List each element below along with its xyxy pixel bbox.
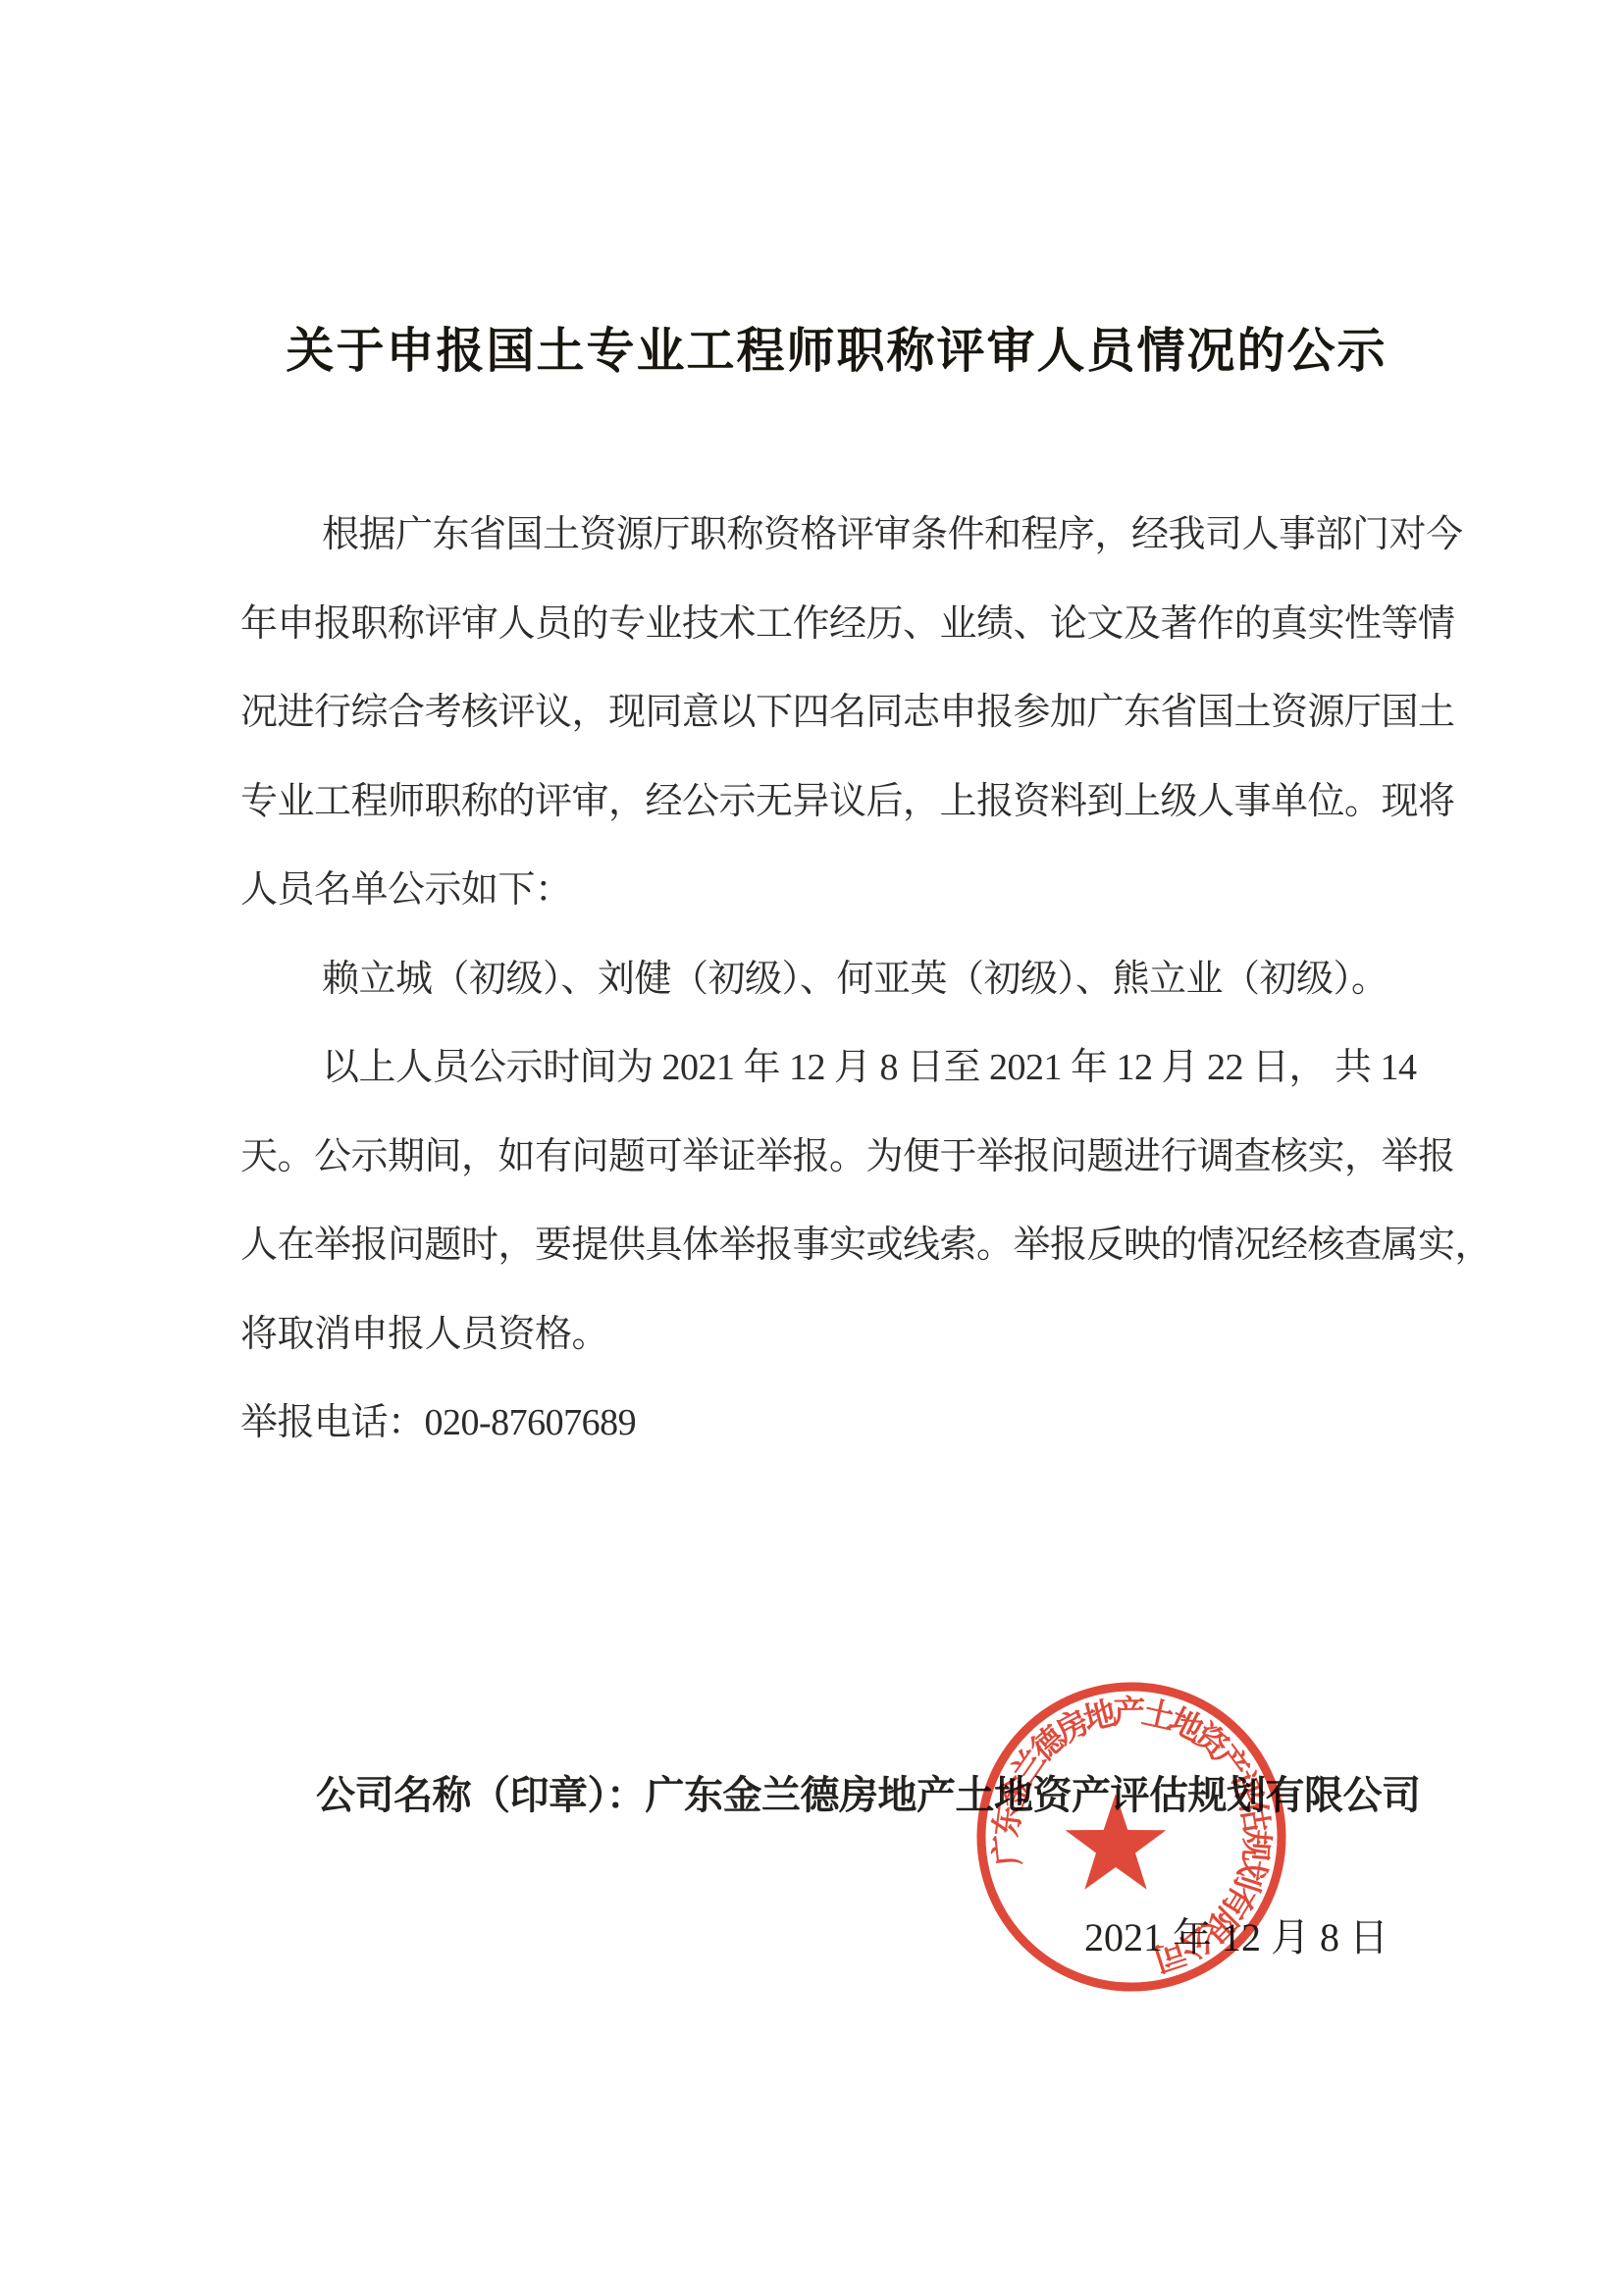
body-line-9: 人在举报问题时，要提供具体举报事实或线索。举报反映的情况经核查属实， (240, 1201, 1487, 1289)
document-page: 关于申报国土专业工程师职称评审人员情况的公示 根据广东省国土资源厅职称资格评审条… (0, 0, 1623, 2296)
company-name-line: 公司名称（印章）：广东金兰德房地产土地资产评估规划有限公司 (316, 1756, 1421, 1835)
svg-text:地: 地 (1164, 1702, 1209, 1749)
signature-date: 2021 年 12 月 8 日 (1084, 1899, 1388, 1977)
body-line-5: 人员名单公示如下： (240, 846, 1487, 934)
document-title: 关于申报国土专业工程师职称评审人员情况的公示 (240, 312, 1433, 391)
applicant-names-line: 赖立城（初级）、刘健（初级）、何亚英（初级）、熊立业（初级）。 (240, 935, 1568, 1023)
svg-text:划: 划 (1228, 1853, 1272, 1896)
notice-period-line: 以上人员公示时间为 2021 年 12 月 8 日至 2021 年 12 月 2… (240, 1023, 1568, 1112)
body-line-10: 将取消申报人员资格。 (240, 1290, 1487, 1379)
body-line-2: 年申报职称评审人员的专业技术工作经历、业绩、论文及著作的真实性等情 (240, 580, 1487, 668)
body-line-8: 天。公示期间，如有问题可举证举报。为便于举报问题进行调查核实，举报 (240, 1113, 1487, 1201)
svg-text:土: 土 (1139, 1695, 1178, 1737)
svg-text:地: 地 (1080, 1695, 1121, 1738)
body-line-1: 根据广东省国土资源厅职称资格评审条件和程序，经我司人事部门对今 (240, 491, 1568, 579)
svg-text:产: 产 (1113, 1695, 1146, 1732)
svg-text:广: 广 (988, 1832, 1027, 1868)
svg-text:房: 房 (1049, 1703, 1095, 1751)
body-line-4: 专业工程师职称的评审，经公示无异议后，上报资料到上级人事单位。现将 (240, 757, 1487, 846)
report-phone-line: 举报电话：020-87607689 (240, 1379, 1487, 1467)
body-line-3: 况进行综合考核评议，现同意以下四名同志申报参加广东省国土资源厅国土 (240, 668, 1487, 757)
